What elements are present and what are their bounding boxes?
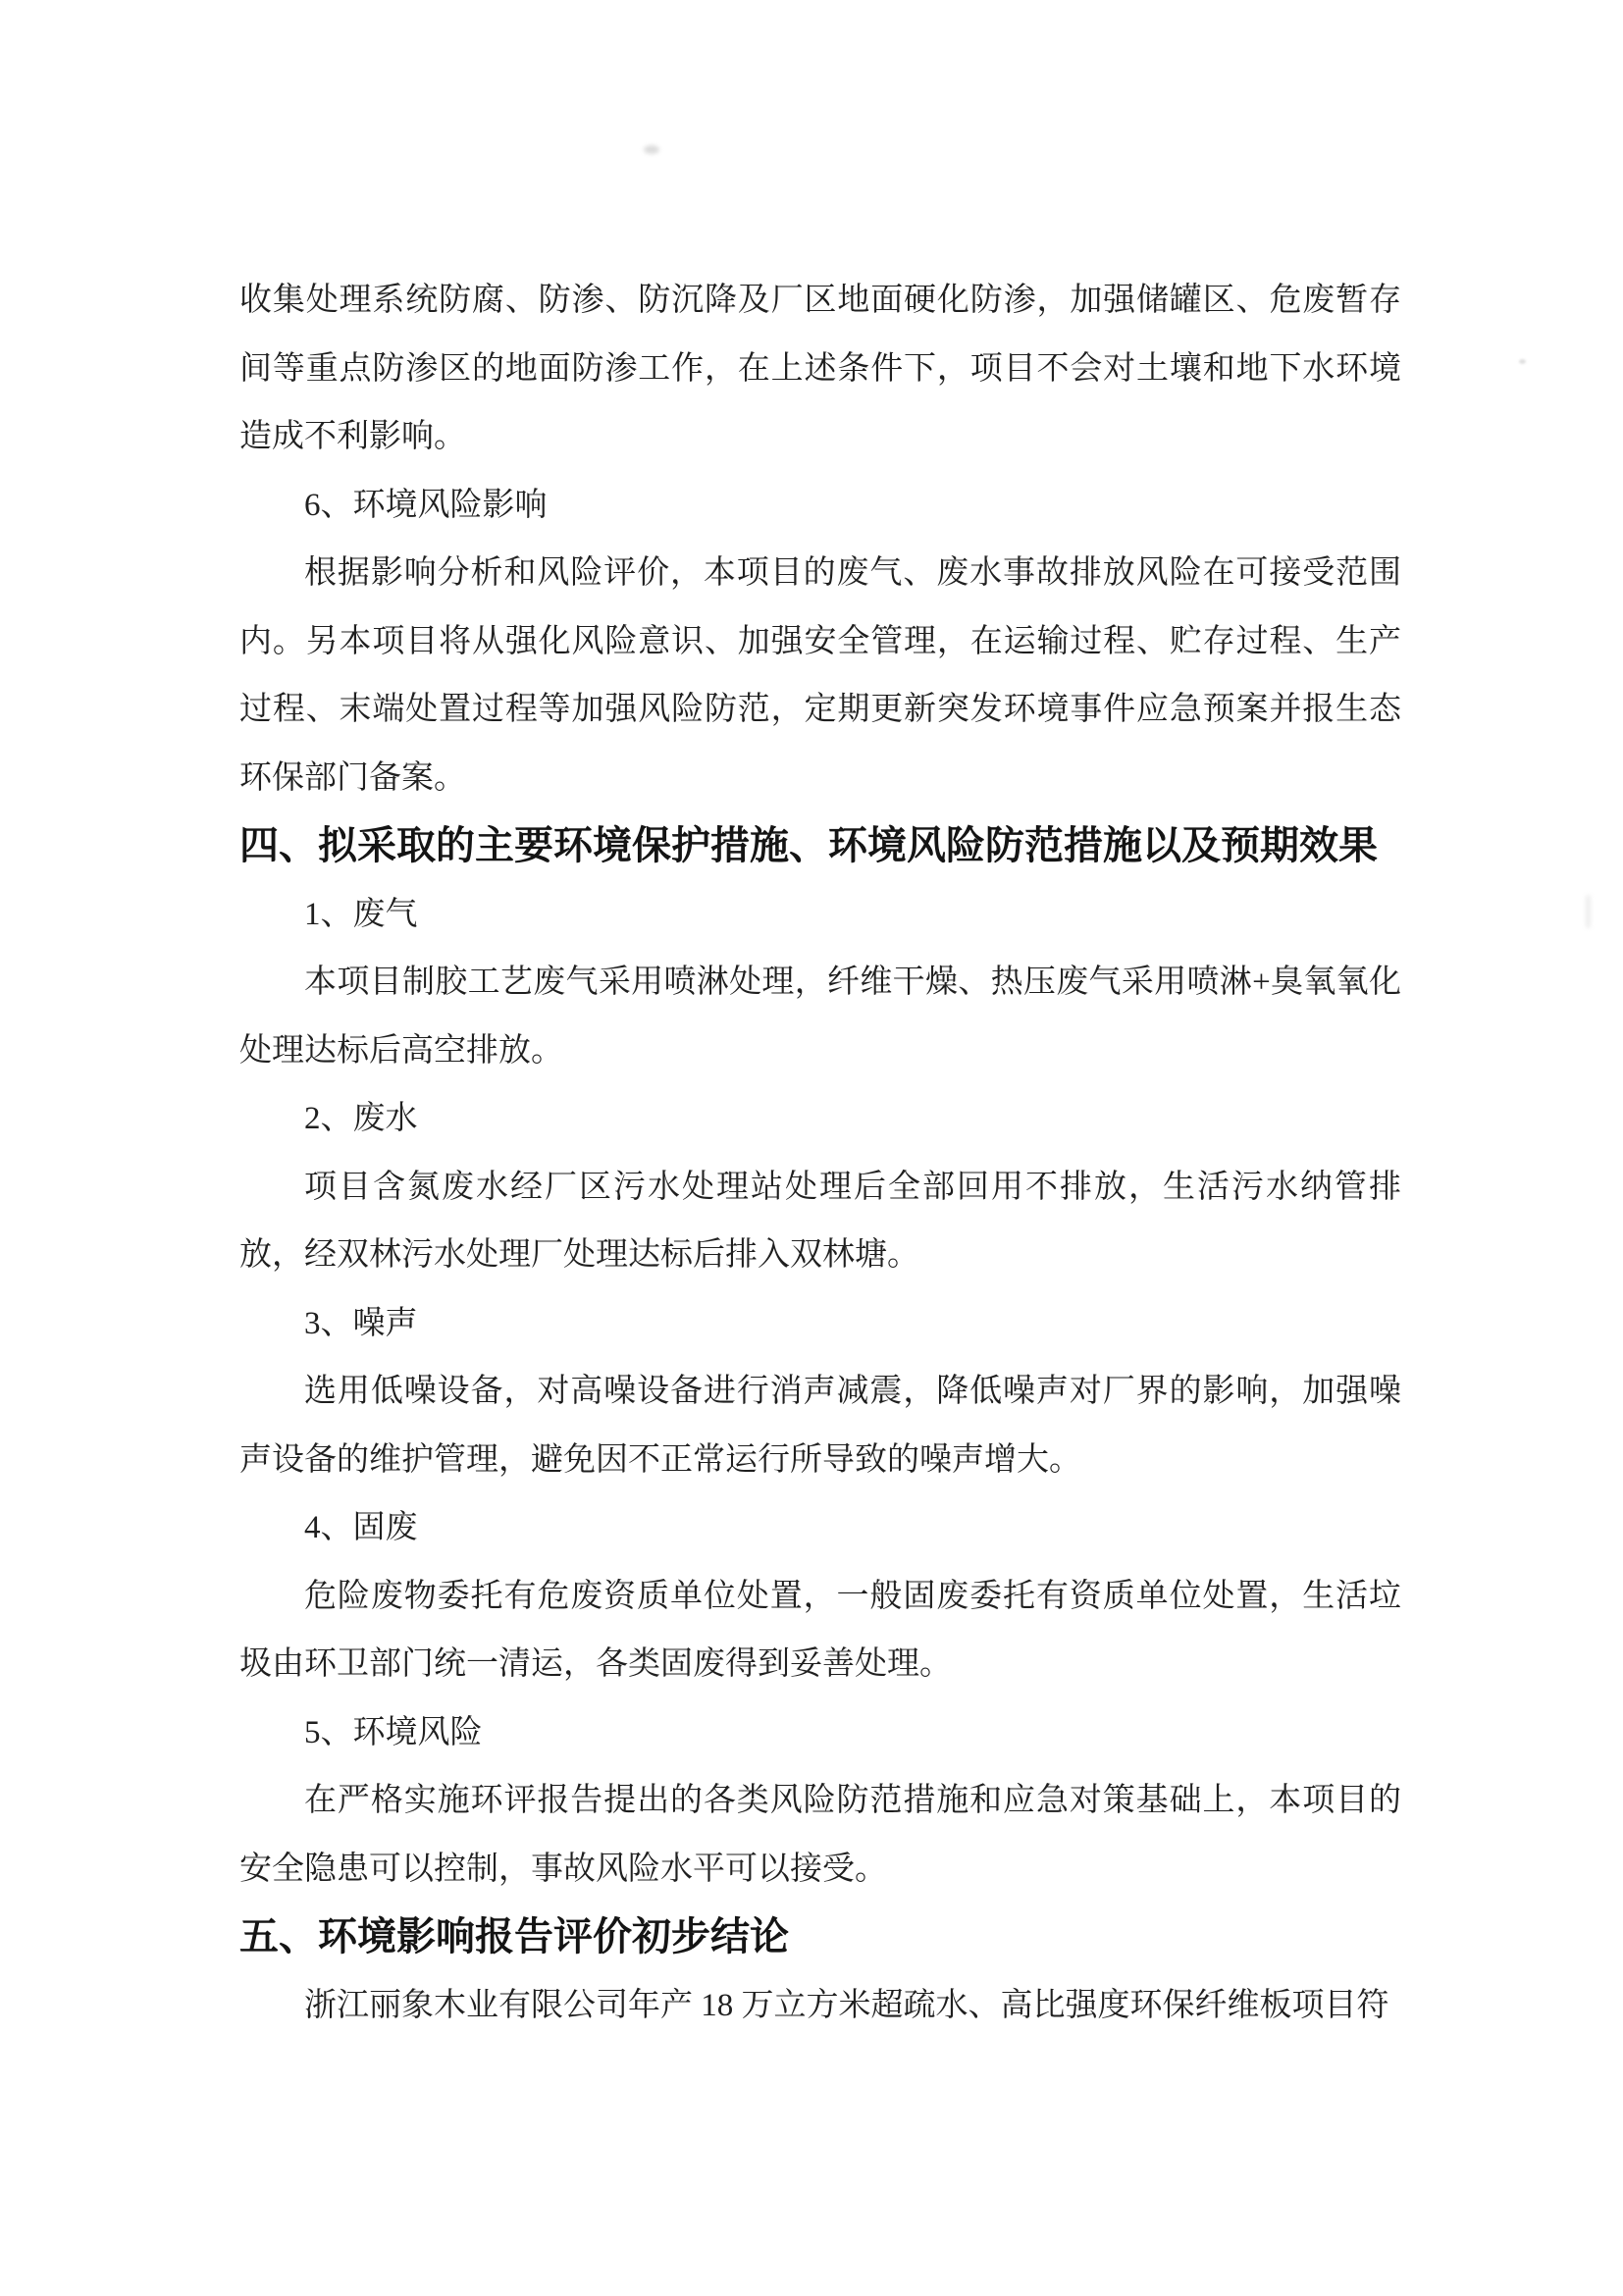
para-waste-gas-measures: 本项目制胶工艺废气采用喷淋处理，纤维干燥、热压废气采用喷淋+臭氧氧化处理达标后高… [239,949,1401,1085]
section-heading-5: 五、环境影响报告评价初步结论 [239,1904,1401,1972]
section-heading-4: 四、拟采取的主要环境保护措施、环境风险防范措施以及预期效果 [239,812,1401,881]
item-5-heading-env-risk: 5、环境风险 [239,1699,1401,1768]
scan-artifact-top [644,145,659,154]
document-page: 收集处理系统防腐、防渗、防沉降及厂区地面硬化防渗，加强储罐区、危废暂存间等重点防… [0,0,1623,2296]
item-2-heading-wastewater: 2、废水 [239,1085,1401,1154]
scan-artifact-right-mid [1586,895,1591,928]
para-env-risk-impact: 根据影响分析和风险评价，本项目的废气、废水事故排放风险在可接受范围内。另本项目将… [239,540,1401,812]
scan-artifact-right-upper [1519,359,1526,364]
item-3-heading-noise: 3、噪声 [239,1290,1401,1359]
item-1-heading-waste-gas: 1、废气 [239,881,1401,950]
para-solid-waste-measures: 危险废物委托有危废资质单位处置，一般固废委托有资质单位处置，生活垃圾由环卫部门统… [239,1563,1401,1699]
para-wastewater-measures: 项目含氮废水经厂区污水处理站处理后全部回用不排放，生活污水纳管排放，经双林污水处… [239,1154,1401,1290]
item-6-heading-env-risk-impact: 6、环境风险影响 [239,472,1401,541]
para-noise-measures: 选用低噪设备，对高噪设备进行消声减震，降低噪声对厂界的影响，加强噪声设备的维护管… [239,1358,1401,1494]
para-soil-groundwater-conclusion: 收集处理系统防腐、防渗、防沉降及厂区地面硬化防渗，加强储罐区、危废暂存间等重点防… [239,267,1401,472]
item-4-heading-solid-waste: 4、固废 [239,1494,1401,1563]
para-conclusion-intro: 浙江丽象木业有限公司年产 18 万立方米超疏水、高比强度环保纤维板项目符 [239,1972,1401,2041]
para-env-risk-measures: 在严格实施环评报告提出的各类风险防范措施和应急对策基础上，本项目的安全隐患可以控… [239,1767,1401,1904]
document-text-block: 收集处理系统防腐、防渗、防沉降及厂区地面硬化防渗，加强储罐区、危废暂存间等重点防… [239,267,1401,2040]
